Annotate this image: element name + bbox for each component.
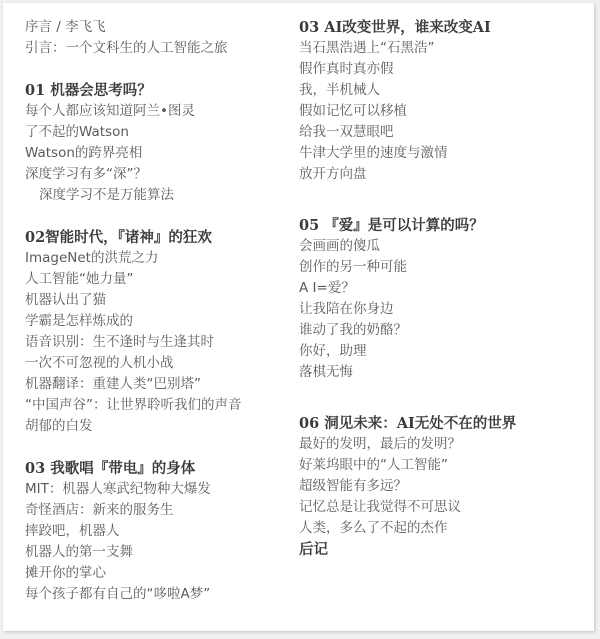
- spacer: [299, 383, 589, 413]
- toc-chapter-05: 05 『爱』是可以计算的吗？ 会画画的傻瓜 创作的另一种可能 A I=爱？ 让我…: [299, 215, 589, 383]
- toc-item[interactable]: 放开方向盘: [299, 164, 589, 185]
- toc-item[interactable]: 会画画的傻瓜: [299, 236, 589, 257]
- toc-item[interactable]: 最好的发明，最后的发明？: [299, 434, 589, 455]
- toc-item[interactable]: 创作的另一种可能: [299, 257, 589, 278]
- toc-item[interactable]: 牛津大学里的速度与激情: [299, 143, 589, 164]
- toc-left-column: 序言 / 李飞飞 引言：一个文科生的人工智能之旅 01 机器会思考吗？ 每个人都…: [25, 17, 295, 605]
- toc-item[interactable]: 落棋无悔: [299, 362, 589, 383]
- toc-item[interactable]: 摊开你的掌心: [25, 563, 295, 584]
- toc-item-introduction[interactable]: 引言：一个文科生的人工智能之旅: [25, 38, 295, 59]
- toc-item[interactable]: 每个孩子都有自己的“哆啦A梦”: [25, 584, 295, 605]
- toc-item[interactable]: 超级智能有多远？: [299, 476, 589, 497]
- spacer: [299, 185, 589, 215]
- toc-item[interactable]: 我，半机械人: [299, 80, 589, 101]
- toc-item[interactable]: 人工智能“她力量”: [25, 269, 295, 290]
- spacer: [25, 437, 295, 458]
- toc-item[interactable]: 记忆总是让我觉得不可思议: [299, 497, 589, 518]
- toc-right-column: 03 AI改变世界，谁来改变AI 当石黑浩遇上“石黑浩” 假作真时真亦假 我，半…: [299, 17, 589, 560]
- toc-item[interactable]: 机器人的第一支舞: [25, 542, 295, 563]
- toc-item-preface[interactable]: 序言 / 李飞飞: [25, 17, 295, 38]
- chapter-heading[interactable]: 02智能时代，『诸神』的狂欢: [25, 227, 295, 248]
- toc-item[interactable]: 学霸是怎样炼成的: [25, 311, 295, 332]
- toc-item[interactable]: 谁动了我的奶酪？: [299, 320, 589, 341]
- spacer: [25, 206, 295, 227]
- toc-item[interactable]: 每个人都应该知道阿兰•图灵: [25, 101, 295, 122]
- toc-item[interactable]: 胡郁的白发: [25, 416, 295, 437]
- table-of-contents-card: 序言 / 李飞飞 引言：一个文科生的人工智能之旅 01 机器会思考吗？ 每个人都…: [3, 3, 594, 631]
- toc-item[interactable]: A I=爱？: [299, 278, 589, 299]
- toc-chapter-01: 01 机器会思考吗？ 每个人都应该知道阿兰•图灵 了不起的Watson Wats…: [25, 80, 295, 206]
- spacer: [25, 59, 295, 80]
- chapter-heading[interactable]: 06 洞见未来：AI无处不在的世界: [299, 413, 589, 434]
- chapter-heading[interactable]: 01 机器会思考吗？: [25, 80, 295, 101]
- toc-subitem[interactable]: 深度学习不是万能算法: [25, 185, 295, 206]
- chapter-heading[interactable]: 03 我歌唱『带电』的身体: [25, 458, 295, 479]
- toc-chapter-06: 06 洞见未来：AI无处不在的世界 最好的发明，最后的发明？ 好莱坞眼中的“人工…: [299, 413, 589, 560]
- toc-item[interactable]: 摔跤吧，机器人: [25, 521, 295, 542]
- toc-item[interactable]: ImageNet的洪荒之力: [25, 248, 295, 269]
- toc-item[interactable]: “中国声谷”：让世界聆听我们的声音: [25, 395, 295, 416]
- toc-chapter-03: 03 我歌唱『带电』的身体 MIT：机器人寒武纪物种大爆发 奇怪酒店：新来的服务…: [25, 458, 295, 605]
- toc-chapter-02: 02智能时代，『诸神』的狂欢 ImageNet的洪荒之力 人工智能“她力量” 机…: [25, 227, 295, 437]
- toc-item[interactable]: 你好，助理: [299, 341, 589, 362]
- toc-item[interactable]: 人类，多么了不起的杰作: [299, 518, 589, 539]
- toc-preface: 序言 / 李飞飞 引言：一个文科生的人工智能之旅: [25, 17, 295, 59]
- toc-item[interactable]: 一次不可忽视的人机小战: [25, 353, 295, 374]
- chapter-heading[interactable]: 03 AI改变世界，谁来改变AI: [299, 17, 589, 38]
- toc-item[interactable]: 了不起的Watson: [25, 122, 295, 143]
- toc-item[interactable]: Watson的跨界亮相: [25, 143, 295, 164]
- chapter-heading[interactable]: 05 『爱』是可以计算的吗？: [299, 215, 589, 236]
- toc-item[interactable]: 好莱坞眼中的“人工智能”: [299, 455, 589, 476]
- toc-item[interactable]: 假作真时真亦假: [299, 59, 589, 80]
- toc-item[interactable]: MIT：机器人寒武纪物种大爆发: [25, 479, 295, 500]
- toc-item[interactable]: 当石黑浩遇上“石黑浩”: [299, 38, 589, 59]
- toc-item[interactable]: 奇怪酒店：新来的服务生: [25, 500, 295, 521]
- toc-item[interactable]: 深度学习有多“深”？: [25, 164, 295, 185]
- toc-item[interactable]: 让我陪在你身边: [299, 299, 589, 320]
- toc-item[interactable]: 机器认出了猫: [25, 290, 295, 311]
- toc-item[interactable]: 语音识别：生不逢时与生逢其时: [25, 332, 295, 353]
- toc-chapter-04: 03 AI改变世界，谁来改变AI 当石黑浩遇上“石黑浩” 假作真时真亦假 我，半…: [299, 17, 589, 185]
- toc-item[interactable]: 假如记忆可以移植: [299, 101, 589, 122]
- toc-item[interactable]: 给我一双慧眼吧: [299, 122, 589, 143]
- toc-item[interactable]: 机器翻译：重建人类“巴别塔”: [25, 374, 295, 395]
- toc-item-afterword[interactable]: 后记: [299, 539, 589, 560]
